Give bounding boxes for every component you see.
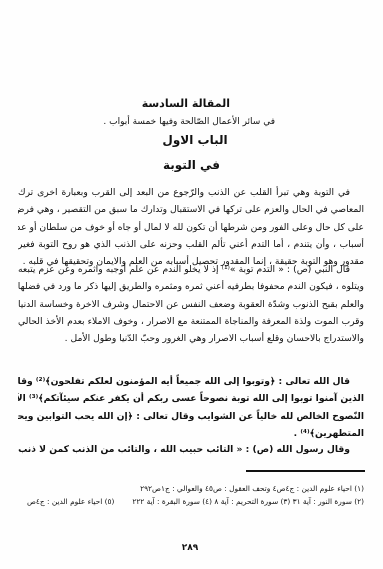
text-line: أسباب ، وأن يتندم ، أما التدم أعني تألم … — [18, 236, 364, 253]
footnotes: (١) احياء علوم الدين : ج٤ص٤ وتحف العقول … — [18, 482, 364, 508]
paragraph-quran-verses: قال الله تعالى : ﴿وتوبوا إلى الله جميعاً… — [18, 373, 364, 442]
footnote-5: (٥) احياء علوم الدين : ج٤ص — [27, 497, 114, 506]
footnotes-2-4: (٢) سورة النور : آية ٣١ (٣) سورة التحريم… — [132, 497, 364, 506]
text-line: والعلم بقبح الذنوب وشدّة العقوبة وضعف ال… — [18, 296, 364, 313]
text-line: على كل حال وعلى الفور ومن شرطها أن تكون … — [18, 219, 364, 236]
text-line: قال النبي (ص) : « التدم توبة »⁽¹⁾ إذ لا … — [18, 261, 364, 278]
text-line: وقرب الموت ولذة المعرفة والمناجاة الممتن… — [18, 313, 364, 330]
book-page: المقالة السادسة في سائر الأعمال الصّالحة… — [0, 0, 383, 569]
article-heading: المقالة السادسة — [150, 97, 230, 110]
text-line: النّصوح الخالص لله خالياً عن الشوايب وقا… — [18, 408, 364, 425]
footnote-separator — [246, 470, 365, 472]
footnote-line: (١) احياء علوم الدين : ج٤ص٤ وتحف العقول … — [18, 482, 364, 495]
text-line: في التوبة وهي تبرأ القلب عن الذنب والرّج… — [18, 184, 364, 201]
article-subtitle: في سائر الأعمال الصّالحة وفيها خمسة أبوا… — [103, 117, 275, 127]
footnote-line: (٢) سورة النور : آية ٣١ (٣) سورة التحريم… — [18, 495, 364, 508]
text-line: والاستدراج بالاحسان وقلع أسباب الاصرار و… — [18, 330, 364, 347]
paragraph-definition: في التوبة وهي تبرأ القلب عن الذنب والرّج… — [18, 184, 364, 270]
footnote-1: (١) احياء علوم الدين : ج٤ص٤ وتحف العقول … — [140, 484, 364, 493]
paragraph-prophet-saying: وقال رسول الله (ص) : « التائب حبيب الله … — [18, 441, 364, 458]
chapter-heading: الباب الاول — [160, 133, 230, 147]
page-number: ٢٨٩ — [170, 543, 210, 553]
text-line: المتطهرين﴾⁽⁴⁾ . — [18, 425, 364, 442]
paragraph-hadith-regret: قال النبي (ص) : « التدم توبة »⁽¹⁾ إذ لا … — [18, 261, 364, 347]
text-line: المعاصي في الحال والعزم على تركها في الا… — [18, 201, 364, 218]
text-line: الذين آمنوا توبوا إلى الله توبة نصوحاً ع… — [18, 390, 364, 407]
section-heading: في التوبة — [165, 158, 220, 172]
text-line: وقال رسول الله (ص) : « التائب حبيب الله … — [18, 441, 364, 458]
text-line: قال الله تعالى : ﴿وتوبوا إلى الله جميعاً… — [18, 373, 364, 390]
text-line: ويتلوه ، فيكون الندم محفوفا بطرفيه أعني … — [18, 278, 364, 295]
